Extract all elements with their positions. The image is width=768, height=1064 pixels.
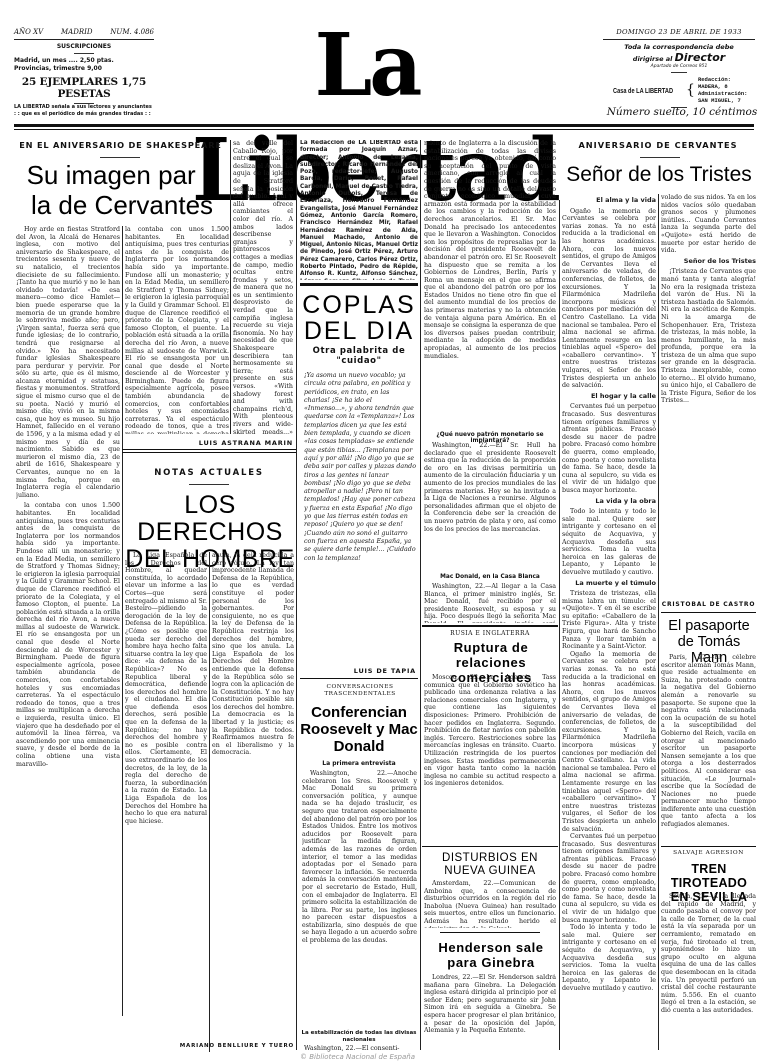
article-text: Amsterdam, 22.—Comunican de Amboina que,… [424, 880, 556, 928]
article-text: la contaba con unos 1.500 habitantes. En… [16, 502, 120, 768]
cervantes-col-2: volado de sus nidos. Ya en los nidos vac… [661, 194, 756, 594]
derechos-col-1: La Liga Española de los Derechos del Hom… [125, 552, 207, 1052]
sevilla-kicker: SALVAJE AGRESION [661, 850, 756, 856]
column-rule [122, 226, 123, 1016]
editorial-office-address: Redacción: MADERA, 8 [698, 76, 755, 90]
cervantes-subhead: El hogar y la calle [562, 393, 656, 401]
section-rule [122, 449, 296, 450]
article-text: Tristeza de tristezas, ella misma labra … [562, 590, 656, 651]
article-text: Todo lo intenta y todo le sale mal. Quie… [562, 508, 656, 576]
subscriptions-title: SUSCRIPCIONES [14, 43, 154, 50]
article-text: Cervantes fué un perpetuo fracasado. Sus… [562, 833, 656, 924]
article-text: Ogaño la memoria de Cervantes se celebra… [562, 208, 656, 390]
henderson-text: Londres, 22.—El Sr. Henderson saldrá mañ… [424, 974, 556, 1054]
roosevelt-subhead: La primera entrevista [300, 760, 418, 767]
shakespeare-kicker: EN EL ANIVERSARIO DE SHAKESPEARE [14, 140, 227, 150]
cervantes-kicker: ANIVERSARIO DE CERVANTES [560, 140, 756, 150]
correspondence-line-1: Toda la correspondencia debe [603, 43, 755, 51]
article-text: sa del valle del Caballo Rojo, por entre… [233, 140, 293, 436]
derechos-col-2: anula, la deja reducida a cero rótulo. L… [212, 552, 294, 1040]
roosevelt-text: Washington, 22.—Anoche celebraron los Sr… [302, 770, 417, 1028]
masthead-right: DOMINGO 23 DE ABRIL DE 1933 Toda la corr… [603, 28, 755, 111]
section-rule [422, 625, 558, 627]
section-rule [422, 846, 558, 847]
article-text: Washington, 22.—Anoche celebraron los Sr… [302, 770, 417, 945]
promo-note: LA LIBERTAD señala a sus lectores y anun… [14, 104, 174, 117]
shakespeare-col-2: la contaba con unos 1.500 habitantes. En… [125, 226, 229, 434]
library-credit: © Biblioteca Nacional de España [300, 1053, 500, 1061]
verse-text: ¡Ya asoma un nuevo vocablo; ya circula o… [304, 372, 416, 563]
derechos-kicker: NOTAS ACTUALES [124, 468, 294, 478]
article-text: Cervantes fué un perpetuo fracasado. Sus… [562, 403, 656, 494]
subscription-madrid: Madrid, un mes .... 2,50 ptas. [14, 57, 154, 65]
divider [189, 484, 229, 485]
subscription-provinces: Provincias, trimestre 9,00 [14, 65, 154, 73]
po-box: Apartado de Correos 951 [603, 64, 755, 69]
masthead-rule [14, 124, 754, 127]
coplas-headline: COPLAS DEL DIA [300, 292, 418, 344]
house-label: Casa de LA LIBERTAD [613, 86, 673, 95]
article-text: Moscou, 22.—La Agencia Tass comunica que… [424, 674, 556, 788]
roosevelt-headline: Conferencian Roosevelt y Mac Donald [298, 704, 420, 755]
shakespeare-signature: LUIS ASTRANA MARIN [150, 439, 293, 447]
single-copy-price: Número suelto, 10 céntimos [597, 106, 767, 118]
section-rule [661, 612, 756, 613]
column-rule [559, 200, 560, 1050]
article-text: la contaba con unos 1.500 habitantes. En… [125, 226, 229, 434]
issue-date: DOMINGO 23 DE ABRIL DE 1933 [603, 28, 755, 36]
guinea-text: Amsterdam, 22.—Comunican de Amboina que,… [424, 880, 556, 928]
coplas-signature: LUIS DE TAPIA [300, 667, 416, 675]
year-label: AÑO XV [14, 28, 43, 36]
column-rule [209, 552, 210, 1052]
section-rule [440, 932, 540, 933]
column-rule [658, 194, 659, 1050]
article-text: volado de sus nidos. Ya en los nidos vac… [661, 194, 756, 255]
cervantes-subhead: La vida y la obra [562, 498, 656, 506]
director-label: Director [675, 51, 726, 64]
russia-kicker: RUSIA E INGLATERRA [424, 630, 556, 637]
article-text: La Liga Española de los Derechos del Hom… [125, 552, 207, 825]
section-rule [661, 846, 756, 847]
mann-text: París, 22.—El célebre escritor alemán To… [661, 654, 756, 842]
coplas-subhead: Otra palabrita de "cuidao" [300, 346, 418, 366]
issue-number: NUM. 4.086 [110, 28, 154, 36]
guinea-headline: DISTURBIOS EN NUEVA GUINEA [424, 852, 556, 878]
section-rule [122, 452, 296, 453]
article-text: ¡Tristeza de Cervantes que manó tanta y … [661, 268, 756, 405]
cervantes-headline: Señor de los Tristes [560, 163, 758, 187]
divider [640, 157, 680, 158]
article-text: Washington, 22.—Al llegar a la Casa Blan… [424, 583, 556, 623]
cervantes-signature: CRISTOBAL DE CASTRO [661, 601, 756, 608]
editorial-staff-box: La Redacción de LA LIBERTAD está formada… [300, 140, 418, 280]
article-text: París, 22.—El célebre escritor alemán To… [661, 654, 756, 829]
article-text: anula, la deja reducida a cero rótulo. L… [212, 552, 294, 757]
macdonald-text: Washington, 22.—Al llegar a la Casa Blan… [424, 583, 556, 623]
roosevelt-subhead-2: La estabilización de todas las divisas n… [300, 1030, 418, 1043]
divider [100, 157, 140, 158]
article-text: Washington, 22.—El Sr. Hull ha declarado… [424, 442, 556, 533]
article-text: Londres, 22.—El Sr. Henderson saldrá mañ… [424, 974, 556, 1035]
cervantes-subhead: La muerte y el túmulo [562, 580, 656, 588]
promo-line-1: LA LIBERTAD señala a sus lectores y anun… [14, 104, 174, 111]
article-text: Sevilla, 22.—A la llegada del rápido de … [661, 893, 756, 1015]
article-text: Ogaño la memoria de Cervantes se celebra… [562, 651, 656, 833]
macdonald-subhead: Mac Donald, en la Casa Blanca [424, 574, 556, 580]
russia-text: Moscou, 22.—La Agencia Tass comunica que… [424, 674, 556, 842]
copies-offer: 25 EJEMPLARES 1,75 PESETAS [14, 76, 154, 100]
gold-standard-col-2: Washington, 22.—El Sr. Hull ha declarado… [424, 442, 556, 572]
section-rule [300, 678, 418, 679]
cervantes-subhead: El alma y la vida [562, 197, 656, 205]
roosevelt-kicker: CONVERSACIONES TRASCENDENTALES [304, 684, 416, 698]
shakespeare-col-3: sa del valle del Caballo Rojo, por entre… [233, 140, 293, 436]
administration-address: Administración: SAN MIGUEL, 7 [698, 90, 755, 104]
correspondence-line-2: dirigirse al [633, 55, 673, 63]
column-rule [296, 140, 297, 1050]
henderson-headline: Henderson sale para Ginebra [424, 940, 558, 970]
coplas-verse: ¡Ya asoma un nuevo vocablo; ya circula o… [304, 372, 416, 662]
article-text: Hoy arde en fiestas Stratford del Avon, … [16, 226, 120, 499]
shakespeare-col-1: Hoy arde en fiestas Stratford del Avon, … [16, 226, 120, 1016]
cervantes-subhead: Señor de los Tristes [661, 258, 756, 266]
column-rule [420, 140, 421, 1050]
shakespeare-headline: Su imagen par a la de Cervantes [16, 160, 228, 220]
gold-standard-col: miento de Inglaterra a la discusión de l… [424, 140, 556, 430]
masthead-rule-thin [14, 129, 754, 130]
article-text: Todo lo intenta y todo le sale mal. Quie… [562, 924, 656, 992]
derechos-signature: MARIANO BENLLIURE Y TUERO [160, 1043, 294, 1049]
promo-line-2: : : que es el periódico de más grandes t… [14, 111, 174, 118]
editorial-staff-text: La Redacción de LA LIBERTAD está formada… [300, 140, 418, 280]
article-text: miento de Inglaterra a la discusión de l… [424, 140, 556, 360]
section-rule [300, 283, 418, 286]
column-rule [230, 140, 231, 434]
masthead-left: AÑO XV MADRID NUM. 4.086 SUSCRIPCIONES M… [14, 28, 154, 107]
cervantes-col-1: El alma y la vida Ogaño la memoria de Ce… [562, 194, 656, 1050]
sevilla-text: Sevilla, 22.—A la llegada del rápido de … [661, 893, 756, 1053]
city-label: MADRID [61, 28, 92, 36]
